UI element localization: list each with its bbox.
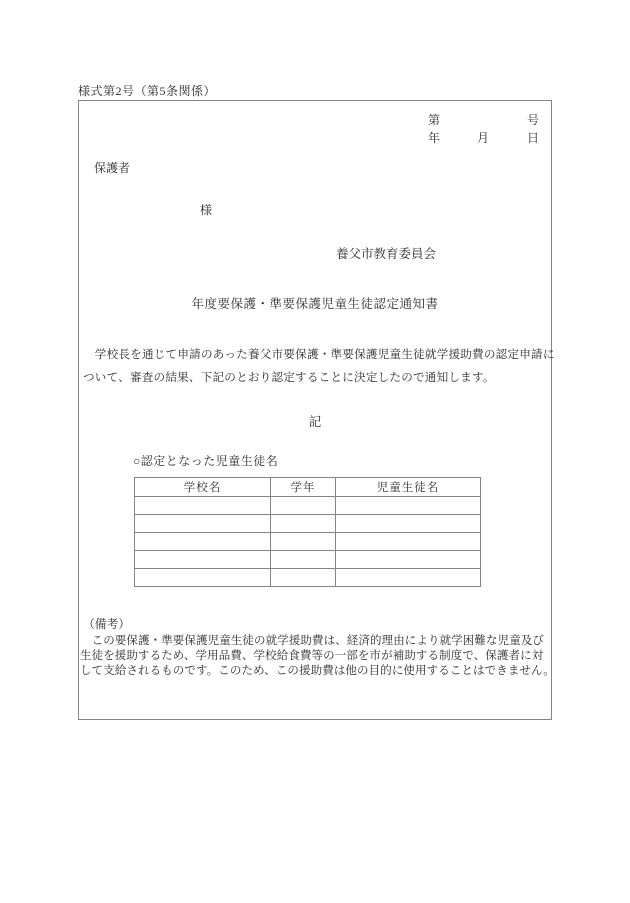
table-cell	[336, 551, 481, 569]
table-row	[135, 569, 481, 587]
body-line: 学校長を通じて申請のあった養父市要保護・準要保護児童生徒就学援助費の認定申請に	[83, 343, 549, 366]
table-cell	[135, 497, 271, 515]
notice-title: 年度要保護・準要保護児童生徒認定通知書	[79, 294, 551, 312]
remarks-line: 生徒を援助するため、学用品費、学校給食費等の一部を市が補助する制度で、保護者に対	[80, 649, 552, 664]
date-day-label: 日	[527, 129, 539, 146]
remarks-line: して支給されるものです。このため、この援助費は他の目的に使用することはできません…	[80, 664, 552, 679]
notice-body: 学校長を通じて申請のあった養父市要保護・準要保護児童生徒就学援助費の認定申請に …	[83, 343, 549, 389]
remarks-line: この要保護・準要保護児童生徒の就学援助費は、経済的理由により就学困難な児童及び	[80, 634, 552, 649]
table-cell	[336, 515, 481, 533]
date-month-label: 月	[477, 129, 489, 146]
table-cell	[336, 497, 481, 515]
table-header-grade: 学年	[271, 478, 336, 497]
table-cell	[336, 533, 481, 551]
document-page: 様式第2号（第5条関係） 第 号 年 月 日 保護者 様 養父市教育委員会 年度…	[0, 0, 630, 903]
table-cell	[271, 497, 336, 515]
table-row	[135, 515, 481, 533]
issuer-name: 養父市教育委員会	[336, 244, 436, 262]
form-number-label: 様式第2号（第5条関係）	[78, 82, 216, 99]
table-cell	[271, 569, 336, 587]
table-row	[135, 551, 481, 569]
table-cell	[135, 533, 271, 551]
table-cell	[135, 569, 271, 587]
guardian-label: 保護者	[94, 159, 130, 176]
table-cell	[271, 515, 336, 533]
approved-students-heading: ○認定となった児童生徒名	[133, 452, 278, 469]
table-row	[135, 533, 481, 551]
table-header-row: 学校名 学年 児童生徒名	[135, 478, 481, 497]
honorific-label: 様	[200, 201, 212, 218]
doc-number-suffix: 号	[527, 111, 539, 128]
students-table-body	[135, 497, 481, 587]
table-cell	[135, 515, 271, 533]
table-header-student: 児童生徒名	[336, 478, 481, 497]
table-row	[135, 497, 481, 515]
table-header-school: 学校名	[135, 478, 271, 497]
remarks-text: この要保護・準要保護児童生徒の就学援助費は、経済的理由により就学困難な児童及び …	[80, 634, 552, 680]
doc-number-prefix: 第	[428, 111, 440, 128]
table-cell	[271, 533, 336, 551]
table-cell	[271, 551, 336, 569]
table-cell	[135, 551, 271, 569]
date-year-label: 年	[428, 129, 440, 146]
body-line: ついて、審査の結果、下記のとおり認定することに決定したので通知します。	[83, 366, 549, 389]
table-cell	[336, 569, 481, 587]
notice-box: 第 号 年 月 日 保護者 様 養父市教育委員会 年度要保護・準要保護児童生徒認…	[78, 100, 552, 720]
ki-heading: 記	[79, 412, 551, 430]
remarks-heading: （備考）	[83, 615, 130, 632]
students-table: 学校名 学年 児童生徒名	[134, 477, 481, 587]
